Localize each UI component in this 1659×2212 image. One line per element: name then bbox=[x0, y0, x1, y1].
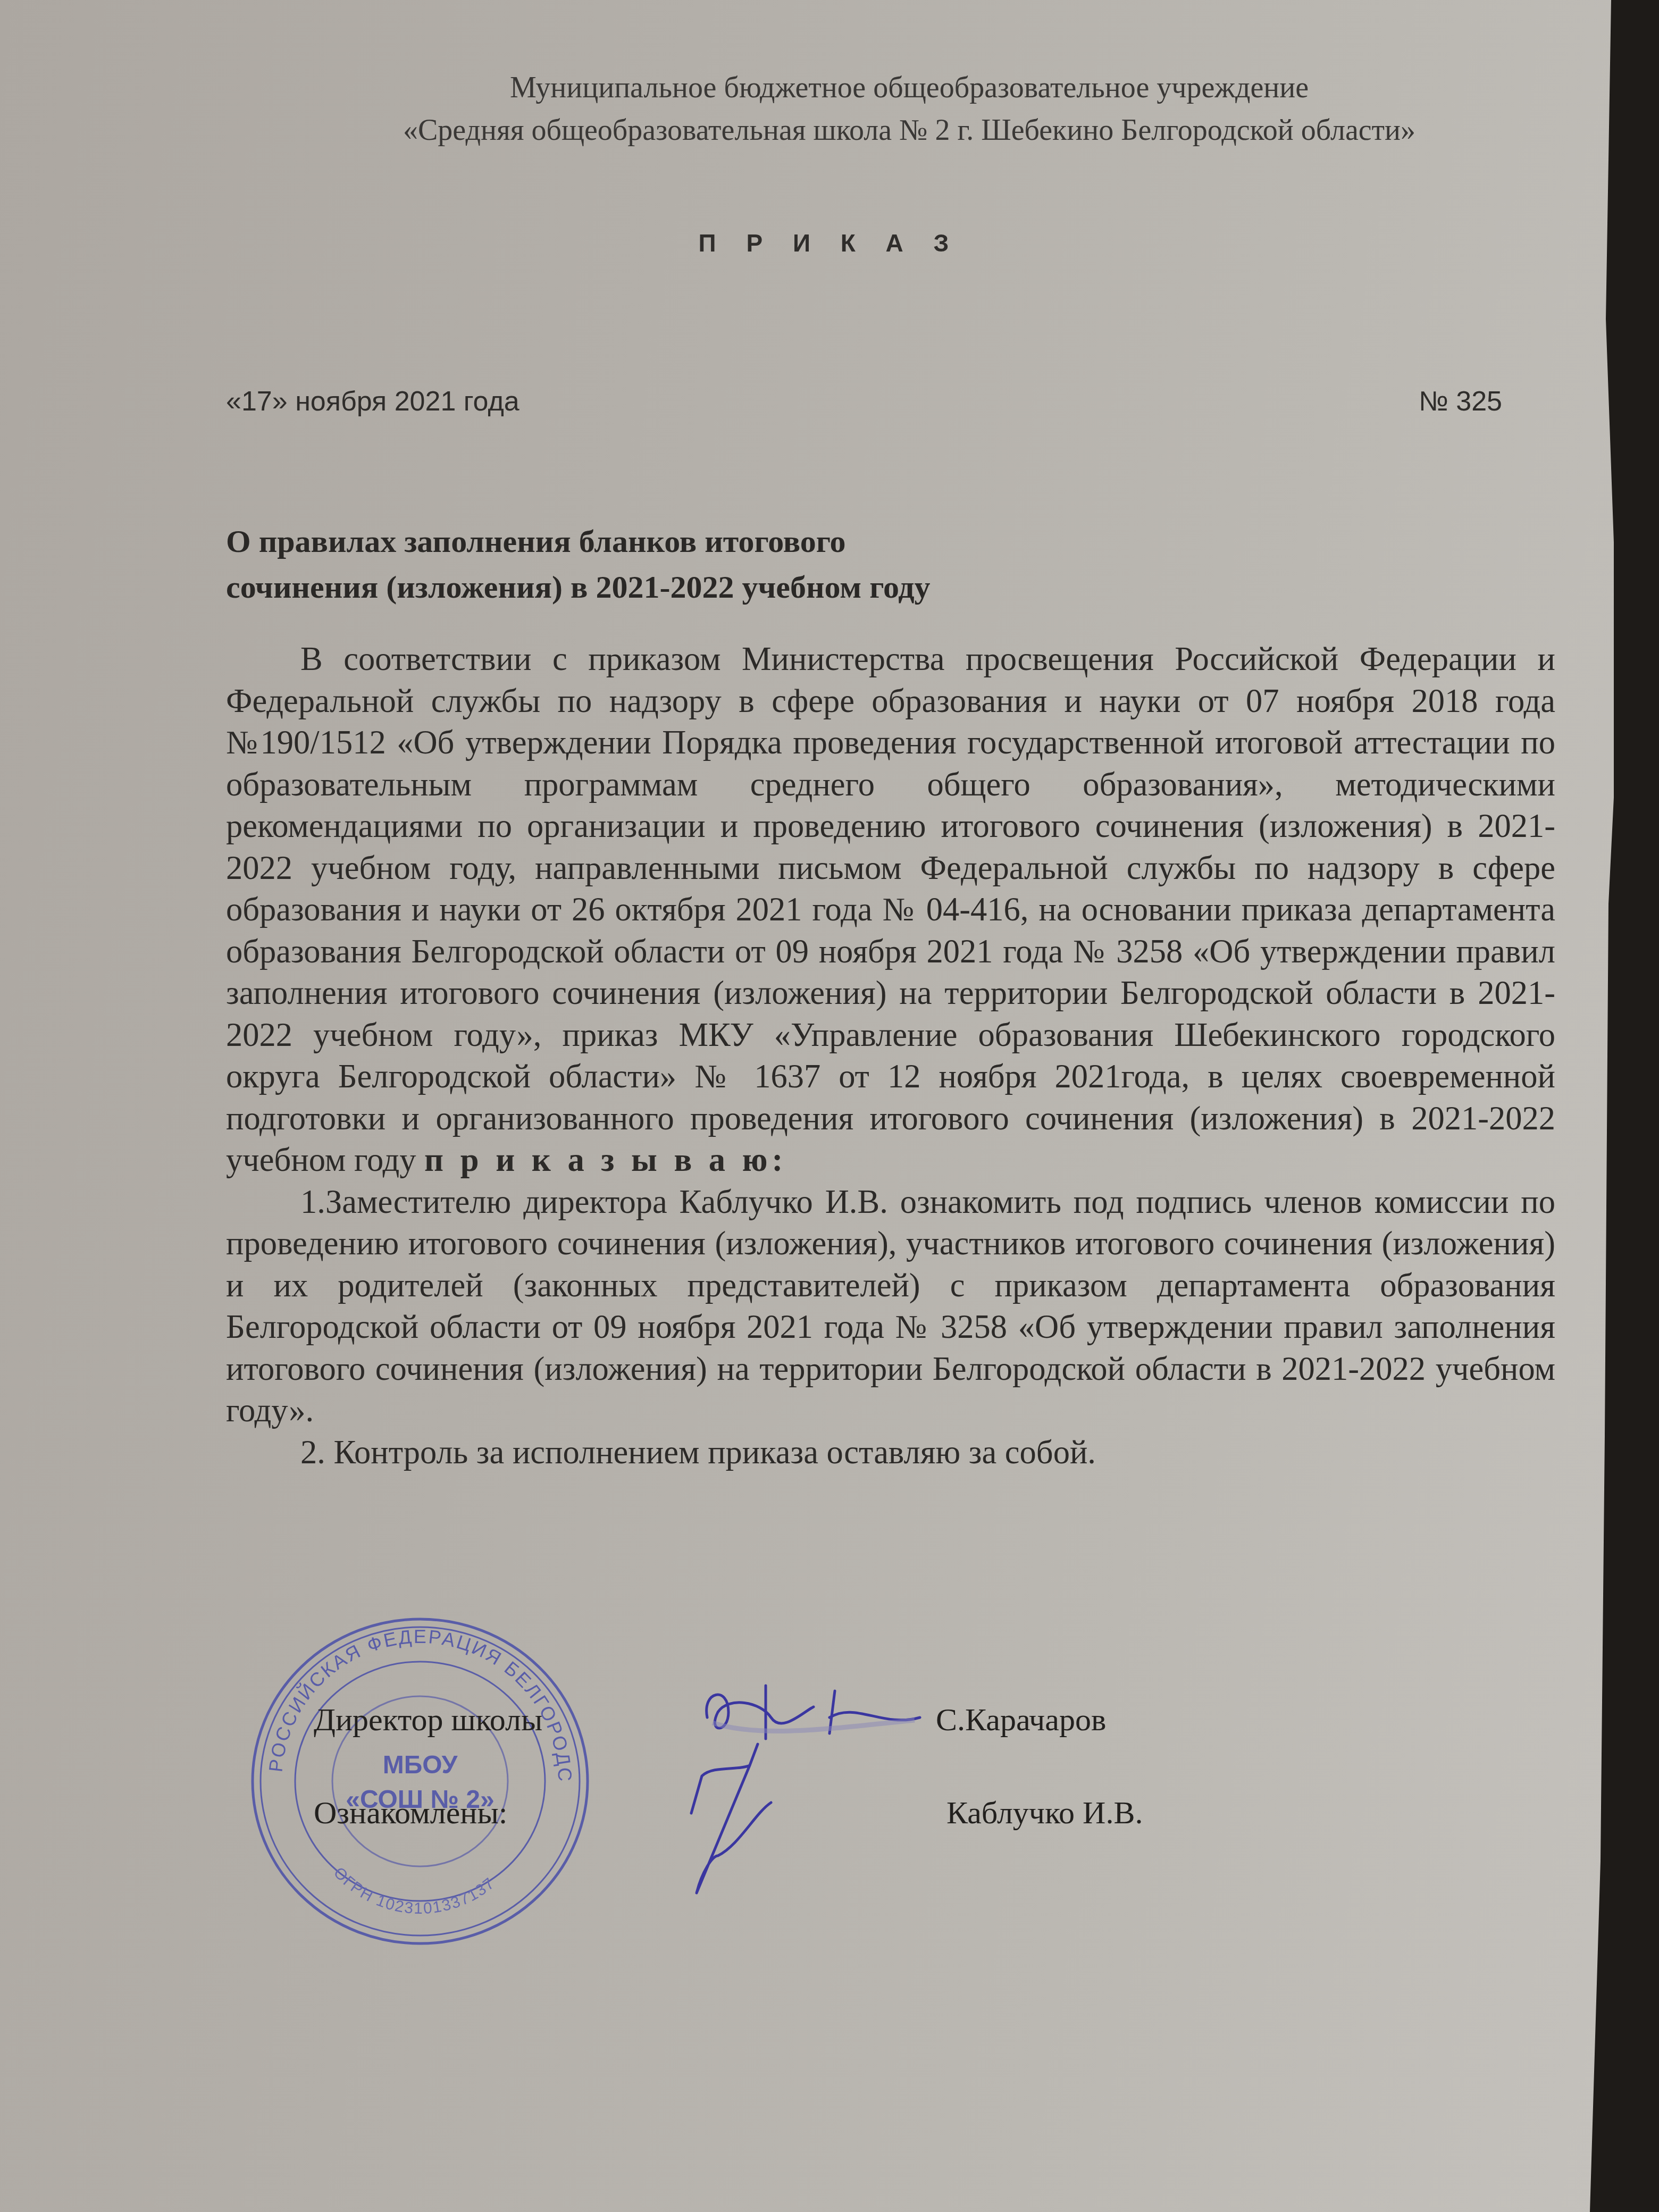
preamble-text: В соответствии с приказом Министерства п… bbox=[226, 640, 1555, 1178]
document-title: П Р И К А З bbox=[0, 229, 1659, 257]
acknowledged-label: Ознакомлены: bbox=[314, 1795, 507, 1831]
svg-text:ОГРН 1023101337137: ОГРН 1023101337137 bbox=[330, 1864, 499, 1917]
director-name: С.Карачаров bbox=[936, 1702, 1106, 1738]
date-number-row: «17» ноября 2021 года № 325 bbox=[226, 386, 1502, 417]
acknowledged-signature-icon bbox=[681, 1733, 798, 1904]
preamble-paragraph: В соответствии с приказом Министерства п… bbox=[226, 638, 1555, 1181]
institution-header: Муниципальное бюджетное общеобразователь… bbox=[298, 66, 1521, 152]
subject-line-1: О правилах заполнения бланков итогового bbox=[226, 518, 1183, 564]
order-body: В соответствии с приказом Министерства п… bbox=[226, 638, 1555, 1473]
order-number: № 325 bbox=[1419, 386, 1502, 417]
institution-line-1: Муниципальное бюджетное общеобразователь… bbox=[298, 66, 1521, 109]
acknowledged-name: Каблучко И.В. bbox=[946, 1795, 1143, 1831]
institution-line-2: «Средняя общеобразовательная школа № 2 г… bbox=[298, 109, 1521, 152]
subject-line-2: сочинения (изложения) в 2021-2022 учебно… bbox=[226, 564, 1183, 610]
order-item-2: 2. Контроль за исполнением приказа остав… bbox=[226, 1431, 1555, 1473]
stamp-center-line-1: МБОУ bbox=[383, 1751, 458, 1779]
order-item-1: 1.Заместителю директора Каблучко И.В. оз… bbox=[226, 1181, 1555, 1431]
order-subject: О правилах заполнения бланков итогового … bbox=[226, 518, 1183, 610]
order-word: п р и к а з ы в а ю: bbox=[424, 1141, 787, 1178]
order-date: «17» ноября 2021 года bbox=[226, 386, 520, 417]
official-stamp-icon: РОССИЙСКАЯ ФЕДЕРАЦИЯ БЕЛГОРОДСКАЯ ОБЛАСТ… bbox=[245, 1611, 596, 1951]
paper-sheet: Муниципальное бюджетное общеобразователь… bbox=[0, 0, 1614, 2212]
director-label: Директор школы bbox=[314, 1702, 542, 1738]
